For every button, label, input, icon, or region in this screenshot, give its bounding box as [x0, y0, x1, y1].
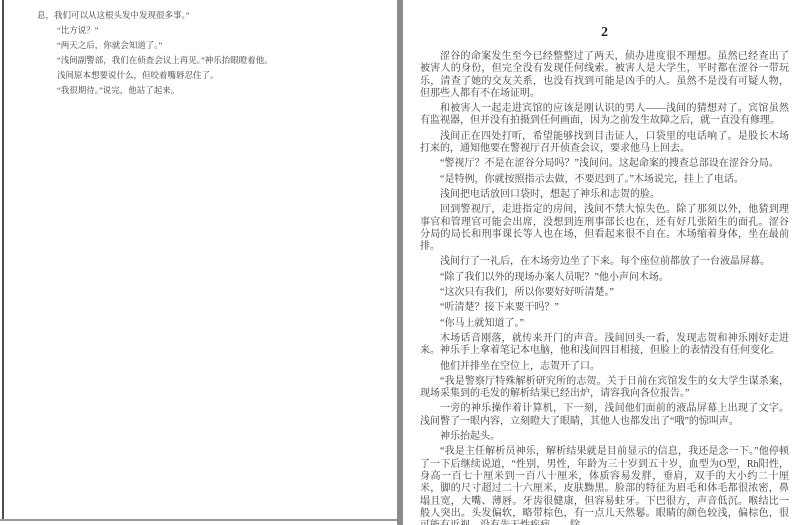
paragraph: 和被害人一起走进宾馆的应该是刚认识的男人——浅间的猜想对了。宾馆虽然有监视器，但…	[420, 103, 789, 128]
text-line: 息，我们可以从这根头发中发现很多事。”	[37, 9, 369, 22]
paragraph: “我是主任解析员神乐，解析结果就是目前显示的信息，我还是念一下。”他停顿了一下后…	[420, 446, 789, 525]
page-left: 息，我们可以从这根头发中发现很多事。” “比方说？” “两天之后，你就会知道了。…	[4, 0, 397, 519]
text-line: “比方说？”	[37, 24, 369, 37]
paragraph: 神乐抬起头。	[420, 431, 789, 443]
text-line: 浅间原本想要说什么，但咬着嘴唇忍住了。	[37, 69, 369, 82]
text-line: “浅间副警部，我们在侦查会议上再见。”神乐抬眼瞪着他。	[37, 54, 369, 67]
paragraph: 浅间行了一礼后，在木场旁边坐了下来。每个座位前都放了一台液晶屏幕。	[420, 256, 789, 268]
paragraph: “我是警察厅特殊解析研究所的志贺。关于日前在宾馆发生的女大学生谋杀案，现场采集到…	[420, 376, 789, 401]
paragraph: 浅间正在四处打听，希望能够找到目击证人，口袋里的电话响了。是股长木场打来的，通知…	[420, 131, 789, 156]
paragraph: 回到警视厅，走进指定的房间，浅间不禁大惊失色。除了那须以外，他猜到理事官和管理官…	[420, 204, 789, 253]
text-line: “两天之后，你就会知道了。”	[37, 39, 369, 52]
paragraph: “除了我们以外的现场办案人员呢？”他小声问木场。	[420, 272, 789, 284]
paragraph: 木场话音刚落，就传来开门的声音。浅间回头一看，发现志贺和神乐刚好走进来。神乐手上…	[420, 333, 789, 358]
paragraph: 涩谷的命案发生至今已经整整过了两天，侦办进度很不理想。虽然已经查出了被害人的身份…	[420, 51, 789, 100]
document-viewer: 息，我们可以从这根头发中发现很多事。” “比方说？” “两天之后，你就会知道了。…	[0, 0, 799, 525]
paragraph: “你马上就知道了。”	[420, 318, 789, 330]
text-line: “我很期待。”说完，他站了起来。	[37, 84, 369, 97]
page-right: 2 涩谷的命案发生至今已经整整过了两天，侦办进度很不理想。虽然已经查出了被害人的…	[403, 0, 799, 525]
paragraph: “听清楚？接下来要干吗？”	[420, 302, 789, 314]
paragraph: 浅间把电话放回口袋时，想起了神乐和志贺的脸。	[420, 189, 789, 201]
paragraph: 他们并排坐在空位上，志贺开了口。	[420, 361, 789, 373]
paragraph: “警视厅？不是在涩谷分局吗？”浅间问。这起命案的搜查总部设在涩谷分局。	[420, 158, 789, 170]
paragraph: “是特例，你就按照指示去做，不要迟到了。”木场说完，挂上了电话。	[420, 174, 789, 186]
chapter-number: 2	[420, 24, 789, 42]
page-bottom-edge	[0, 519, 397, 521]
window-left-border	[2, 0, 4, 519]
paragraph: 一旁的神乐操作着计算机，下一刻，浅间他们面前的液晶屏幕上出现了文字。浅间瞥了一眼…	[420, 403, 789, 428]
paragraph: “这次只有我们，所以你要好好听清楚。”	[420, 287, 789, 299]
